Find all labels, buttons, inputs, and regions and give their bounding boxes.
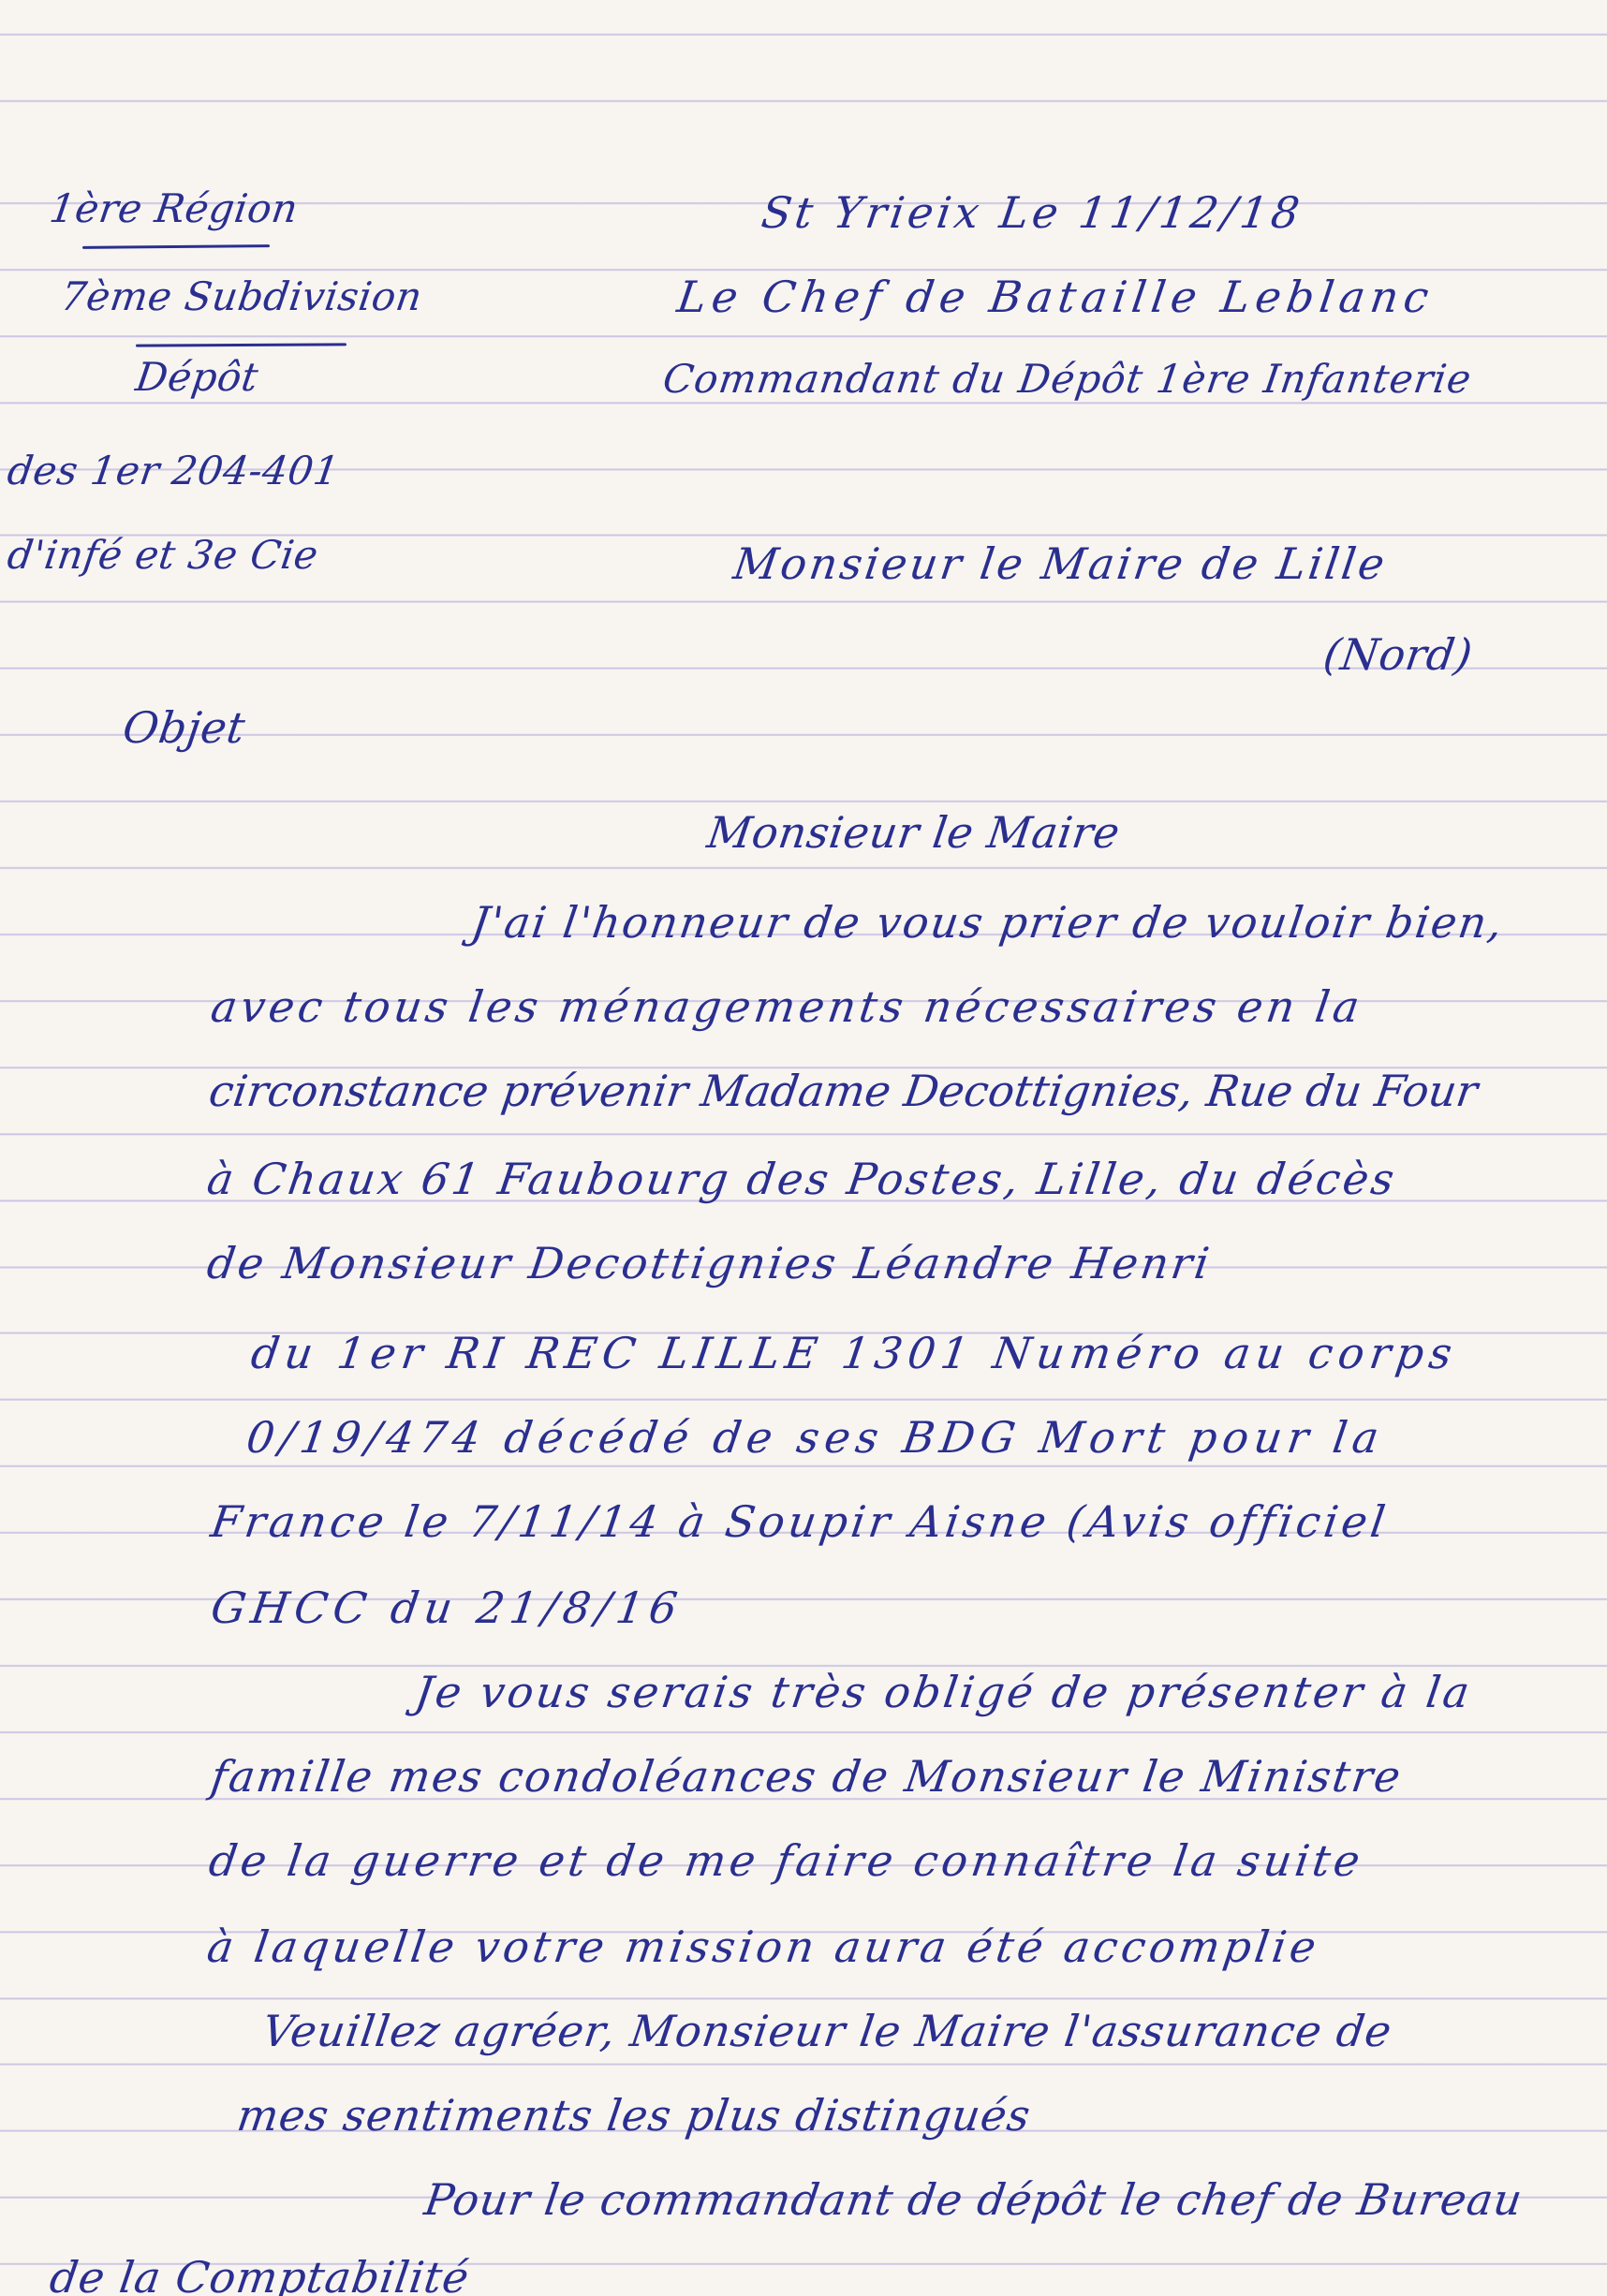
body-line: à Chaux 61 Faubourg des Postes, Lille, d… xyxy=(204,1154,1400,1204)
body-line: Veuillez agréer, Monsieur le Maire l'ass… xyxy=(259,2006,1395,2056)
units-line-1: des 1er 204-401 xyxy=(5,448,343,493)
ruled-paper: 1ère Région 7ème Subdivision Dépôt des 1… xyxy=(0,0,1607,2296)
body-line: GHCC du 21/8/16 xyxy=(208,1582,686,1633)
subdivision-label: 7ème Subdivision xyxy=(58,273,425,319)
body-line: Je vous serais très obligé de présenter … xyxy=(412,1667,1475,1717)
depot-label: Dépôt xyxy=(133,354,261,400)
body-line: France le 7/11/14 à Soupir Aisne (Avis o… xyxy=(208,1496,1392,1547)
body-line: J'ai l'honneur de vous prier de vouloir … xyxy=(468,897,1508,948)
objet-label: Objet xyxy=(120,702,248,753)
recipient-line-2: (Nord) xyxy=(1320,629,1476,680)
place-date: St Yrieix Le 11/12/18 xyxy=(759,187,1306,238)
region-label: 1ère Région xyxy=(47,185,301,231)
body-line: circonstance prévenir Madame Decottignie… xyxy=(206,1066,1481,1116)
body-line: de la Comptabilité xyxy=(47,2252,473,2296)
body-line: avec tous les ménagements nécessaires en… xyxy=(208,981,1366,1032)
body-line: à laquelle votre mission aura été accomp… xyxy=(204,1921,1323,1972)
body-line: de Monsieur Decottignies Léandre Henri xyxy=(204,1238,1215,1288)
body-line: de la guerre et de me faire connaître la… xyxy=(206,1835,1366,1886)
units-line-2: d'infé et 3e Cie xyxy=(5,532,321,578)
body-line: 0/19/474 décédé de ses BDG Mort pour la xyxy=(243,1412,1388,1463)
subdivision-underline xyxy=(136,343,346,346)
sender-line-1: Le Chef de Bataille Leblanc xyxy=(674,272,1437,322)
recipient-line-1: Monsieur le Maire de Lille xyxy=(730,538,1391,589)
salutation: Monsieur le Maire xyxy=(704,807,1123,858)
sender-line-2: Commandant du Dépôt 1ère Infanterie xyxy=(660,356,1475,402)
body-line: Pour le commandant de dépôt le chef de B… xyxy=(421,2174,1526,2225)
region-underline xyxy=(82,244,270,249)
body-line: mes sentiments les plus distingués xyxy=(234,2090,1034,2141)
body-line: du 1er RI REC LILLE 1301 Numéro au corps xyxy=(248,1328,1461,1378)
body-line: famille mes condoléances de Monsieur le … xyxy=(208,1751,1406,1802)
